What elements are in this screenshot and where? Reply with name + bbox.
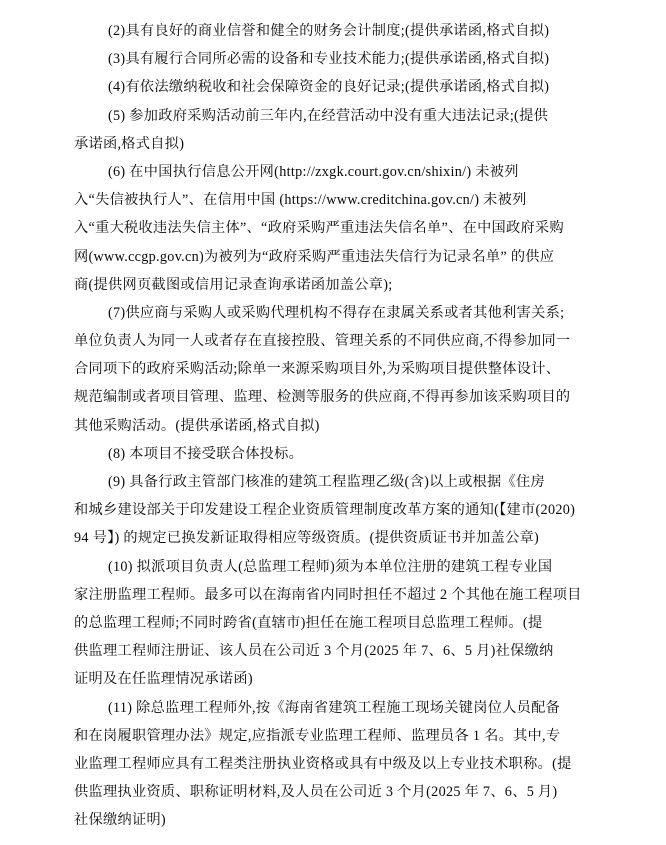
- text-line: (2)具有良好的商业信誉和健全的财务会计制度;(提供承诺函,格式自拟): [74, 17, 590, 45]
- text-line: (8) 本项目不接受联合体投标。: [74, 440, 590, 468]
- text-line: 入“重大税收违法失信主体”、“政府采购严重违法失信名单”、在中国政府采购: [74, 214, 590, 242]
- paragraph-item-10: (10) 拟派项目负责人(总监理工程师)须为本单位注册的建筑工程专业国家注册监理…: [74, 553, 590, 694]
- paragraph-item-5: (5) 参加政府采购活动前三年内,在经营活动中没有重大违法记录;(提供承诺函,格…: [74, 102, 590, 158]
- text-line: (11) 除总监理工程师外,按《海南省建筑工程施工现场关键岗位人员配备: [74, 694, 590, 722]
- text-line: 合同项下的政府采购活动;除单一来源采购项目外,为采购项目提供整体设计、: [74, 355, 590, 383]
- text-line: 94 号】) 的规定已换发新证取得相应等级资质。(提供资质证书并加盖公章): [74, 524, 590, 552]
- paragraph-item-2: (2)具有良好的商业信誉和健全的财务会计制度;(提供承诺函,格式自拟): [74, 17, 590, 45]
- text-line: 入“失信被执行人”、在信用中国 (https://www.creditchina…: [74, 186, 590, 214]
- text-line: 商(提供网页截图或信用记录查询承诺函加盖公章);: [74, 271, 590, 299]
- text-line: 社保缴纳证明): [74, 806, 590, 834]
- text-line: 证明及在任监理情况承诺函): [74, 665, 590, 693]
- text-line: 单位负责人为同一人或者存在直接控股、管理关系的不同供应商,不得参加同一: [74, 327, 590, 355]
- paragraph-item-6: (6) 在中国执行信息公开网(http://zxgk.court.gov.cn/…: [74, 158, 590, 299]
- paragraph-item-3: (3)具有履行合同所必需的设备和专业技术能力;(提供承诺函,格式自拟): [74, 45, 590, 73]
- text-line: 承诺函,格式自拟): [74, 130, 590, 158]
- text-line: (7)供应商与采购人或采购代理机构不得存在隶属关系或者其他利害关系;: [74, 299, 590, 327]
- text-line: 其他采购活动。(提供承诺函,格式自拟): [74, 412, 590, 440]
- text-line: 供监理执业资质、职称证明材料,及人员在公司近 3 个月(2025 年 7、6、5…: [74, 778, 590, 806]
- text-line: 的总监理工程师;不同时跨省(直辖市)担任在施工程项目总监理工程师。(提: [74, 609, 590, 637]
- text-line: 供监理工程师注册证、该人员在公司近 3 个月(2025 年 7、6、5 月)社保…: [74, 637, 590, 665]
- document-page: (2)具有良好的商业信誉和健全的财务会计制度;(提供承诺函,格式自拟)(3)具有…: [0, 0, 666, 845]
- paragraph-item-7: (7)供应商与采购人或采购代理机构不得存在隶属关系或者其他利害关系;单位负责人为…: [74, 299, 590, 440]
- text-line: 家注册监理工程师。最多可以在海南省内同时担任不超过 2 个其他在施工程项目: [74, 581, 590, 609]
- document-body: (2)具有良好的商业信誉和健全的财务会计制度;(提供承诺函,格式自拟)(3)具有…: [74, 17, 590, 834]
- text-line: 业监理工程师应具有工程类注册执业资格或具有中级及以上专业技术职称。(提: [74, 750, 590, 778]
- text-line: 和城乡建设部关于印发建设工程企业资质管理制度改革方案的通知(【建市(2020): [74, 496, 590, 524]
- paragraph-item-4: (4)有依法缴纳税收和社会保障资金的良好记录;(提供承诺函,格式自拟): [74, 73, 590, 101]
- text-line: 网(www.ccgp.gov.cn)为被列为“政府采购严重违法失信行为记录名单”…: [74, 243, 590, 271]
- text-line: (10) 拟派项目负责人(总监理工程师)须为本单位注册的建筑工程专业国: [74, 553, 590, 581]
- text-line: (9) 具备行政主管部门核准的建筑工程监理乙级(含)以上或根据《住房: [74, 468, 590, 496]
- paragraph-item-8: (8) 本项目不接受联合体投标。: [74, 440, 590, 468]
- text-line: (6) 在中国执行信息公开网(http://zxgk.court.gov.cn/…: [74, 158, 590, 186]
- text-line: 和在岗履职管理办法》规定,应指派专业监理工程师、监理员各 1 名。其中,专: [74, 722, 590, 750]
- paragraph-item-11: (11) 除总监理工程师外,按《海南省建筑工程施工现场关键岗位人员配备和在岗履职…: [74, 694, 590, 835]
- text-line: (3)具有履行合同所必需的设备和专业技术能力;(提供承诺函,格式自拟): [74, 45, 590, 73]
- text-line: 规范编制或者项目管理、监理、检测等服务的供应商,不得再参加该采购项目的: [74, 383, 590, 411]
- text-line: (4)有依法缴纳税收和社会保障资金的良好记录;(提供承诺函,格式自拟): [74, 73, 590, 101]
- text-line: (5) 参加政府采购活动前三年内,在经营活动中没有重大违法记录;(提供: [74, 102, 590, 130]
- paragraph-item-9: (9) 具备行政主管部门核准的建筑工程监理乙级(含)以上或根据《住房和城乡建设部…: [74, 468, 590, 553]
